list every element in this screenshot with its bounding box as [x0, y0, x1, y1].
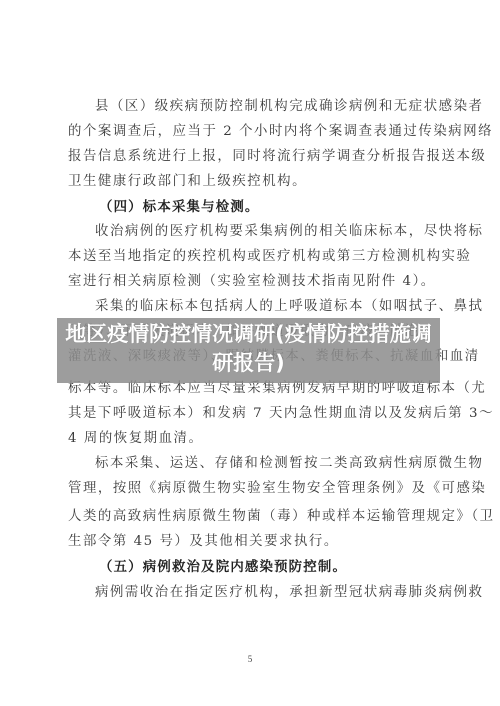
text-line: 收治病例的医疗机构要采集病例的相关临床标本，尽快将标	[95, 224, 440, 240]
text-line: 标本采集、运送、存储和检测暂按二类高致病性病原微生物	[95, 456, 440, 472]
page-number: 5	[0, 654, 500, 664]
overlay-title: 地区疫情防控情况调研(疫情防控措施调研报告)	[57, 320, 440, 378]
text-line: 标本等。临床标本应当尽量采集病例发病早期的呼吸道标本（尤	[68, 381, 440, 397]
text-line: 其是下呼吸道标本）和发病 7 天内急性期血清以及发病后第 3～	[68, 406, 440, 422]
text-line: 生部令第 45 号）及其他相关要求执行。	[68, 534, 440, 550]
text-line: 病例需收治在指定医疗机构，承担新型冠状病毒肺炎病例救	[95, 585, 440, 601]
text-line: 报告信息系统进行上报，同时将流行病学调查分析报告报送本级	[68, 149, 440, 165]
text-line: 4 周的恢复期血清。	[68, 431, 440, 447]
text-line: 本送至当地指定的疾控机构或医疗机构或第三方检测机构实验	[68, 249, 440, 265]
text-line: 人类的高致病性病原微生物菌（毒）种或样本运输管理规定》（卫	[68, 509, 440, 525]
text-line: 卫生健康行政部门和上级疾控机构。	[68, 174, 440, 190]
text-line: 县（区）级疾病预防控制机构完成确诊病例和无症状感染者	[95, 99, 440, 115]
text-line: 采集的临床标本包括病人的上呼吸道标本（如咽拭子、鼻拭	[95, 299, 440, 315]
section-heading: （四）标本采集与检测。	[99, 199, 471, 215]
text-line: 的个案调查后，应当于 2 个小时内将个案调查表通过传染病网络	[68, 124, 440, 140]
text-line: 管理，按照《病原微生物实验室生物安全管理条例》及《可感染	[68, 481, 440, 497]
section-heading: （五）病例救治及院内感染预防控制。	[99, 559, 471, 575]
text-line: 室进行相关病原检测（实验室检测技术指南见附件 4）。	[68, 274, 440, 290]
